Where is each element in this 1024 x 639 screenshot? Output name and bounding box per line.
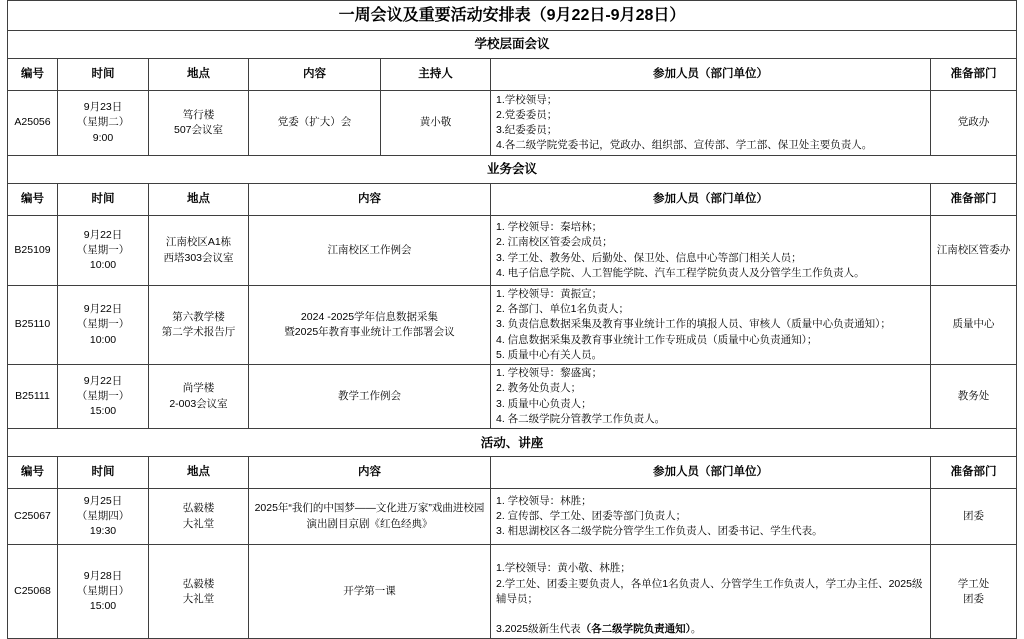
table-row: B25109 9月22日 （星期一） 10:00 江南校区A1栋 西塔303会议… xyxy=(8,216,1017,286)
col-header-participants: 参加人员（部门单位） xyxy=(491,59,931,91)
bold-notice: （各二级学院负责通知） xyxy=(581,623,691,635)
row-id-cell: B25111 xyxy=(8,365,58,429)
col-header-place: 地点 xyxy=(149,59,249,91)
content-cell: 2025年“我们的中国梦——文化进万家”戏曲进校园 演出剧目京剧《红色经典》 xyxy=(249,489,491,545)
time-cell: 9月23日 （星期二） 9:00 xyxy=(58,91,149,156)
prep-cell: 教务处 xyxy=(931,365,1017,429)
participants-cell: 1. 学校领导：黄振宣； 2. 各部门、单位1名负责人； 3. 负责信息数据采集… xyxy=(491,286,931,365)
participants-last-line: 3.2025级新生代表（各二级学院负责通知）。 xyxy=(496,623,701,635)
col-header-prep: 准备部门 xyxy=(931,184,1017,216)
column-header-row: 编号 时间 地点 内容 主持人 参加人员（部门单位） 准备部门 xyxy=(8,59,1017,91)
place-cell: 江南校区A1栋 西塔303会议室 xyxy=(149,216,249,286)
col-header-id: 编号 xyxy=(8,457,58,489)
section-header-school-level: 学校层面会议 xyxy=(8,31,1017,59)
table-row: A25056 9月23日 （星期二） 9:00 笃行楼 507会议室 党委（扩大… xyxy=(8,91,1017,156)
time-cell: 9月22日 （星期一） 10:00 xyxy=(58,216,149,286)
col-header-place: 地点 xyxy=(149,457,249,489)
table-row: C25067 9月25日 （星期四） 19:30 弘毅楼 大礼堂 2025年“我… xyxy=(8,489,1017,545)
column-header-row: 编号 时间 地点 内容 参加人员（部门单位） 准备部门 xyxy=(8,184,1017,216)
participants-lines: 1.学校领导：黄小敬、林胜； 2.学工处、团委主要负责人，各单位1名负责人、分管… xyxy=(496,562,922,604)
content-cell: 江南校区工作例会 xyxy=(249,216,491,286)
prep-cell: 党政办 xyxy=(931,91,1017,156)
prep-cell: 学工处 团委 xyxy=(931,545,1017,639)
participants-cell: 1. 学校领导：林胜； 2. 宣传部、学工处、团委等部门负责人； 3. 相思湖校… xyxy=(491,489,931,545)
page-title: 一周会议及重要活动安排表（9月22日-9月28日） xyxy=(8,1,1017,31)
col-header-place: 地点 xyxy=(149,184,249,216)
col-header-time: 时间 xyxy=(58,184,149,216)
col-header-prep: 准备部门 xyxy=(931,457,1017,489)
col-header-participants: 参加人员（部门单位） xyxy=(491,184,931,216)
prep-cell: 质量中心 xyxy=(931,286,1017,365)
place-cell: 第六教学楼 第二学术报告厅 xyxy=(149,286,249,365)
time-cell: 9月22日 （星期一） 10:00 xyxy=(58,286,149,365)
place-cell: 笃行楼 507会议室 xyxy=(149,91,249,156)
table-row: B25111 9月22日 （星期一） 15:00 尚学楼 2-003会议室 教学… xyxy=(8,365,1017,429)
col-header-prep: 准备部门 xyxy=(931,59,1017,91)
host-cell: 黄小敬 xyxy=(381,91,491,156)
row-id-cell: C25067 xyxy=(8,489,58,545)
col-header-participants: 参加人员（部门单位） xyxy=(491,457,931,489)
prep-cell: 江南校区管委办 xyxy=(931,216,1017,286)
weekly-schedule-table: 一周会议及重要活动安排表（9月22日-9月28日） 学校层面会议 编号 时间 地… xyxy=(7,0,1017,639)
column-header-row: 编号 时间 地点 内容 参加人员（部门单位） 准备部门 xyxy=(8,457,1017,489)
place-cell: 尚学楼 2-003会议室 xyxy=(149,365,249,429)
col-header-content: 内容 xyxy=(249,59,381,91)
place-cell: 弘毅楼 大礼堂 xyxy=(149,545,249,639)
row-id-cell: A25056 xyxy=(8,91,58,156)
participants-cell: 1.学校领导：黄小敬、林胜； 2.学工处、团委主要负责人，各单位1名负责人、分管… xyxy=(491,545,931,639)
col-header-time: 时间 xyxy=(58,59,149,91)
col-header-content: 内容 xyxy=(249,184,491,216)
content-cell: 开学第一课 xyxy=(249,545,491,639)
section-header-business: 业务会议 xyxy=(8,156,1017,184)
row-id-cell: B25109 xyxy=(8,216,58,286)
prep-cell: 团委 xyxy=(931,489,1017,545)
participants-cell: 1. 学校领导：秦培林； 2. 江南校区管委会成员； 3. 学工处、教务处、后勤… xyxy=(491,216,931,286)
content-cell: 教学工作例会 xyxy=(249,365,491,429)
participants-cell: 1.学校领导； 2.党委委员； 3.纪委委员； 4.各二级学院党委书记，党政办、… xyxy=(491,91,931,156)
time-cell: 9月25日 （星期四） 19:30 xyxy=(58,489,149,545)
section-header-activities: 活动、讲座 xyxy=(8,429,1017,457)
content-cell: 党委（扩大）会 xyxy=(249,91,381,156)
time-cell: 9月22日 （星期一） 15:00 xyxy=(58,365,149,429)
row-id-cell: B25110 xyxy=(8,286,58,365)
table-row: C25068 9月28日 （星期日） 15:00 弘毅楼 大礼堂 开学第一课 1… xyxy=(8,545,1017,639)
participants-cell: 1. 学校领导：黎盛寓； 2. 教务处负责人； 3. 质量中心负责人； 4. 各… xyxy=(491,365,931,429)
place-cell: 弘毅楼 大礼堂 xyxy=(149,489,249,545)
col-header-host: 主持人 xyxy=(381,59,491,91)
table-row: B25110 9月22日 （星期一） 10:00 第六教学楼 第二学术报告厅 2… xyxy=(8,286,1017,365)
col-header-id: 编号 xyxy=(8,184,58,216)
col-header-id: 编号 xyxy=(8,59,58,91)
time-cell: 9月28日 （星期日） 15:00 xyxy=(58,545,149,639)
col-header-content: 内容 xyxy=(249,457,491,489)
content-cell: 2024 -2025学年信息数据采集 暨2025年教育事业统计工作部署会议 xyxy=(249,286,491,365)
col-header-time: 时间 xyxy=(58,457,149,489)
row-id-cell: C25068 xyxy=(8,545,58,639)
